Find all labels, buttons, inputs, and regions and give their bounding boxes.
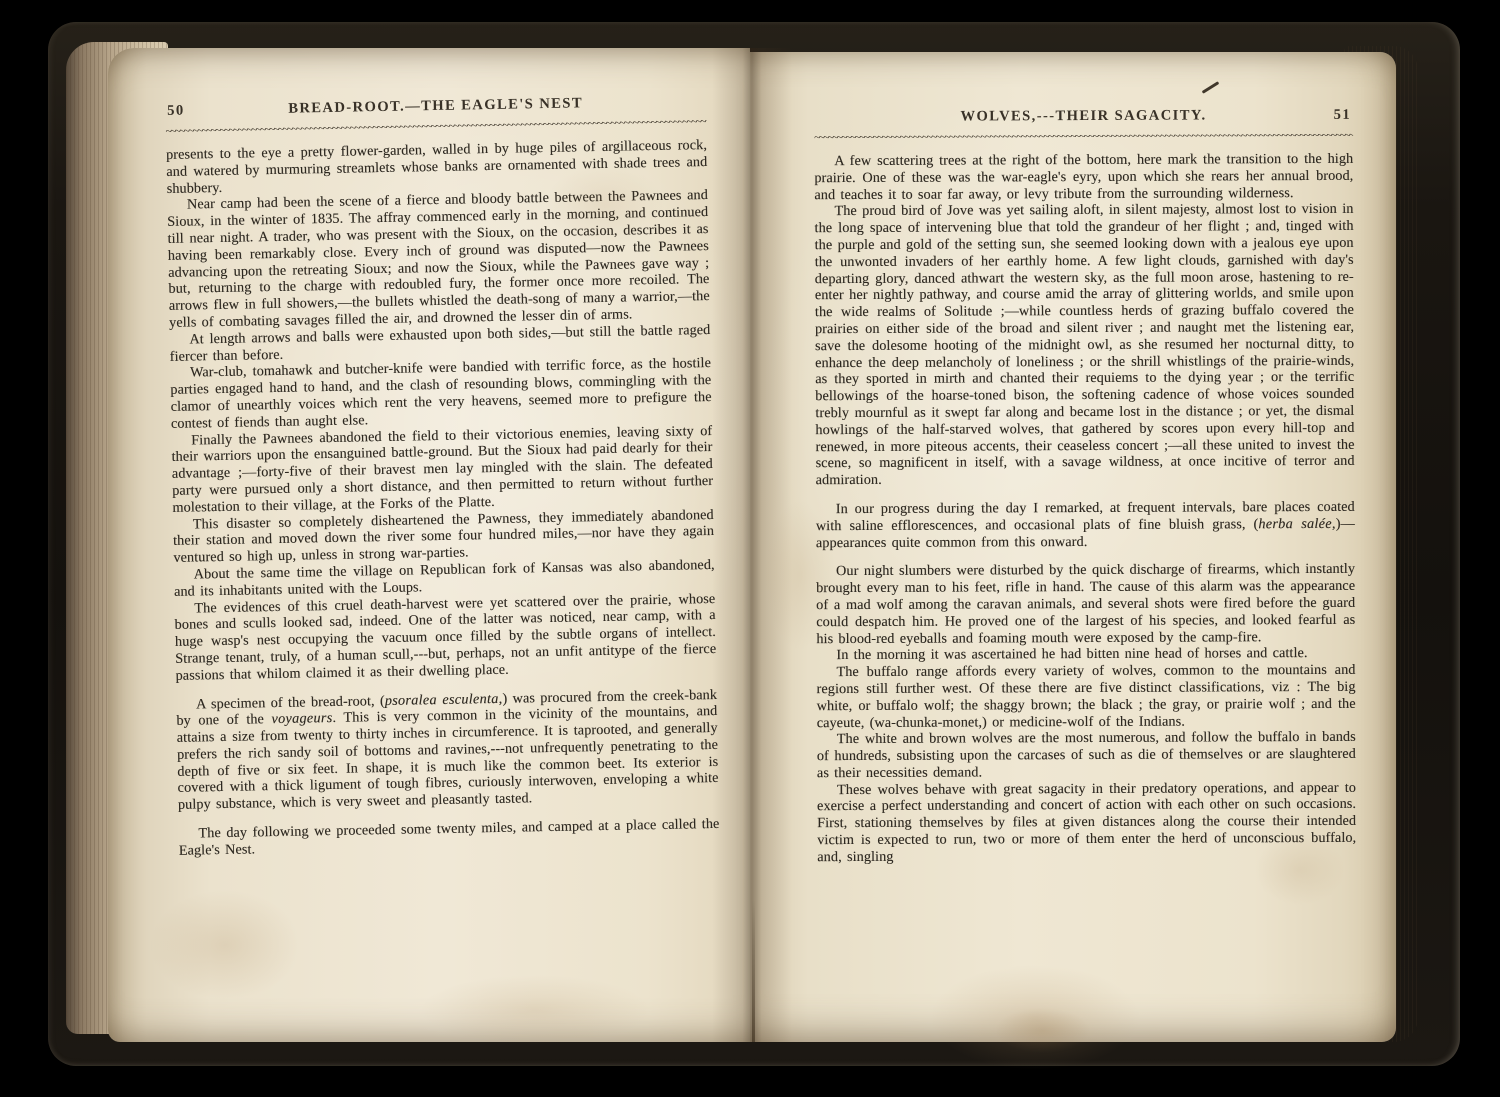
page-number: 51	[1334, 107, 1351, 124]
paragraph: These wolves behave with great sagacity …	[817, 780, 1356, 866]
page-text: presents to the eye a pretty flower-gard…	[166, 137, 720, 859]
page-51: WOLVES,---THEIR SAGACITY. 51 ~~~~~~~~~~~…	[750, 52, 1396, 1042]
page-51-content: WOLVES,---THEIR SAGACITY. 51 ~~~~~~~~~~~…	[814, 107, 1356, 866]
running-title: WOLVES,---THEIR SAGACITY.	[814, 107, 1353, 126]
paragraph: Near camp had been the scene of a fierce…	[167, 187, 710, 331]
paragraph: Our night slumbers were disturbed by the…	[816, 561, 1355, 647]
page-header: WOLVES,---THEIR SAGACITY. 51	[814, 107, 1353, 131]
paragraph: The evidences of this cruel death-harves…	[174, 590, 716, 684]
page-text: A few scattering trees at the right of t…	[814, 151, 1356, 866]
wavy-rule: ~~~~~~~~~~~~~~~~~~~~~~~~~~~~~~~~~~~~~~~~…	[814, 131, 1353, 143]
paragraph: The buffalo range affords every variety …	[816, 662, 1355, 732]
book-photo: 50 BREAD-ROOT.—THE EAGLE'S NEST ~~~~~~~~…	[0, 0, 1500, 1097]
running-title: BREAD-ROOT.—THE EAGLE'S NEST	[165, 93, 706, 120]
paragraph: The white and brown wolves are the most …	[817, 729, 1356, 782]
page-50-content: 50 BREAD-ROOT.—THE EAGLE'S NEST ~~~~~~~~…	[165, 93, 720, 859]
paragraph: A few scattering trees at the right of t…	[814, 151, 1353, 204]
paragraph: In our progress during the day I remarke…	[816, 499, 1355, 552]
paragraph: A specimen of the bread-root, (psoralea …	[176, 686, 719, 813]
paragraph: The day following we proceeded some twen…	[178, 816, 720, 860]
paragraph: The proud bird of Jove was yet sailing a…	[814, 201, 1354, 489]
paragraph: War-club, tomahawk and butcher-knife wer…	[170, 355, 712, 432]
paragraph: Finally the Pawnees abandoned the field …	[171, 423, 713, 517]
page-50: 50 BREAD-ROOT.—THE EAGLE'S NEST ~~~~~~~~…	[108, 48, 750, 1042]
